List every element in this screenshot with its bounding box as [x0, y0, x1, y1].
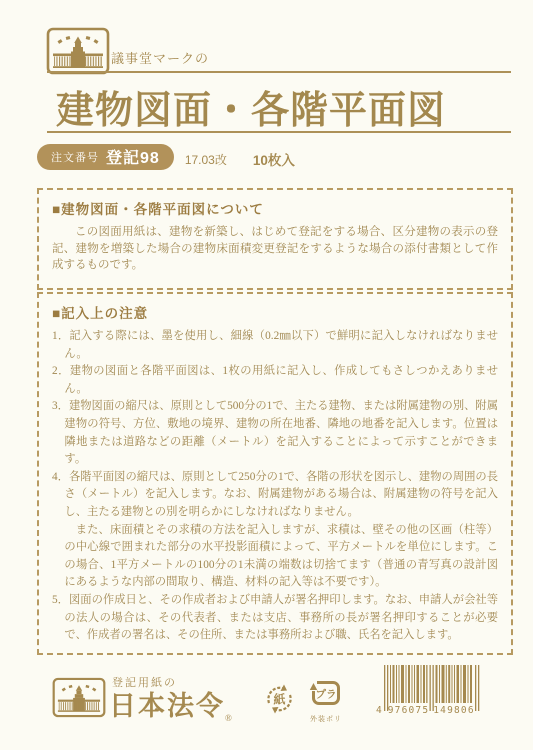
order-row: 注文番号 登記98 17.03改 10枚入	[37, 144, 295, 170]
note-number: 1．	[52, 330, 69, 342]
note-number: 4．	[52, 471, 69, 483]
publisher-name-text: 日本法令	[109, 691, 225, 721]
ean13-barcode: 4 976075 149806	[374, 663, 482, 716]
logo-caption: 議事堂マークの	[111, 48, 209, 67]
recycle-plastic-mark: プラ 外装ポリ	[309, 679, 343, 724]
note-item-4-subparagraph: また、床面積とその求積の方法を記入しますが、求積は、壁その他の区画（柱等）の中心…	[64, 522, 498, 592]
about-body: この図面用紙は、建物を新築し、はじめて登記をする場合、区分建物の表示の登記、建物…	[52, 224, 498, 274]
order-number-badge: 注文番号 登記98	[37, 144, 174, 170]
note-item-5: 5．図面の作成日と、その作成者および申請人が署名押印します。なお、申請人が会社等…	[52, 592, 498, 645]
note-number: 5．	[52, 594, 69, 606]
barcode-digits-right: 149806	[433, 705, 475, 716]
note-item-2: 2．建物の図面と各階平面図は、1枚の用紙に記入し、作成してもさしつかえありません…	[52, 363, 498, 398]
order-badge-label: 注文番号	[51, 149, 99, 165]
note-text: 各階平面図の縮尺は、原則として250分の1で、各階の形状を図示し、建物の周囲の長…	[64, 471, 498, 518]
recycle-paper-label: 紙	[272, 692, 285, 707]
note-text: 記入する際には、墨を使用し、細線（0.2㎜以下）で鮮明に記入しなければなりません…	[64, 330, 498, 360]
note-text: 建物の図面と各階平面図は、1枚の用紙に記入し、作成してもさしつかえありません。	[64, 365, 498, 395]
revision-label: 17.03改	[185, 151, 227, 170]
document-page: 議事堂マークの 建物図面・各階平面図 注文番号 登記98 17.03改 10枚入…	[0, 0, 533, 750]
about-section: ■建物図面・各階平面図について この図面用紙は、建物を新築し、はじめて登記をする…	[37, 188, 513, 290]
recycle-plastic-label: プラ	[316, 688, 337, 701]
barcode-digit-lead: 4	[376, 705, 382, 716]
note-number: 2．	[52, 365, 70, 377]
note-text: 図面の作成日と、その作成者および申請人が署名押印します。なお、申請人が会社等の法…	[64, 594, 498, 641]
recycle-plastic-note: 外装ポリ	[309, 714, 343, 724]
barcode-digits-left: 976075	[388, 705, 430, 716]
publisher-name: 日本法令®	[109, 684, 232, 723]
order-badge-number: 登記98	[106, 145, 160, 168]
page-title: 建物図面・各階平面図	[56, 79, 446, 134]
notes-section: ■記入上の注意 1．記入する際には、墨を使用し、細線（0.2㎜以下）で鮮明に記入…	[37, 292, 513, 655]
sheet-count-label: 10枚入	[253, 149, 295, 170]
note-text: 建物図面の縮尺は、原則として500分の1で、主たる建物、または附属建物の別、附属…	[64, 400, 498, 465]
diet-building-logo-icon	[52, 677, 106, 718]
recycle-paper-icon: 紙	[263, 682, 296, 716]
about-heading: ■建物図面・各階平面図について	[52, 198, 498, 218]
note-item-1: 1．記入する際には、墨を使用し、細線（0.2㎜以下）で鮮明に記入しなければなりま…	[52, 328, 498, 363]
note-number: 3．	[52, 400, 69, 412]
divider-under-title	[47, 131, 511, 133]
diet-building-logo-icon	[46, 27, 110, 75]
notes-heading: ■記入上の注意	[52, 302, 498, 322]
recycle-plastic-icon: プラ	[309, 679, 343, 709]
registered-trademark-symbol: ®	[225, 713, 232, 723]
note-item-4: 4．各階平面図の縮尺は、原則として250分の1で、各階の形状を図示し、建物の周囲…	[52, 469, 498, 592]
note-item-3: 3．建物図面の縮尺は、原則として500分の1で、主たる建物、または附属建物の別、…	[52, 398, 498, 468]
divider-top	[47, 71, 511, 73]
